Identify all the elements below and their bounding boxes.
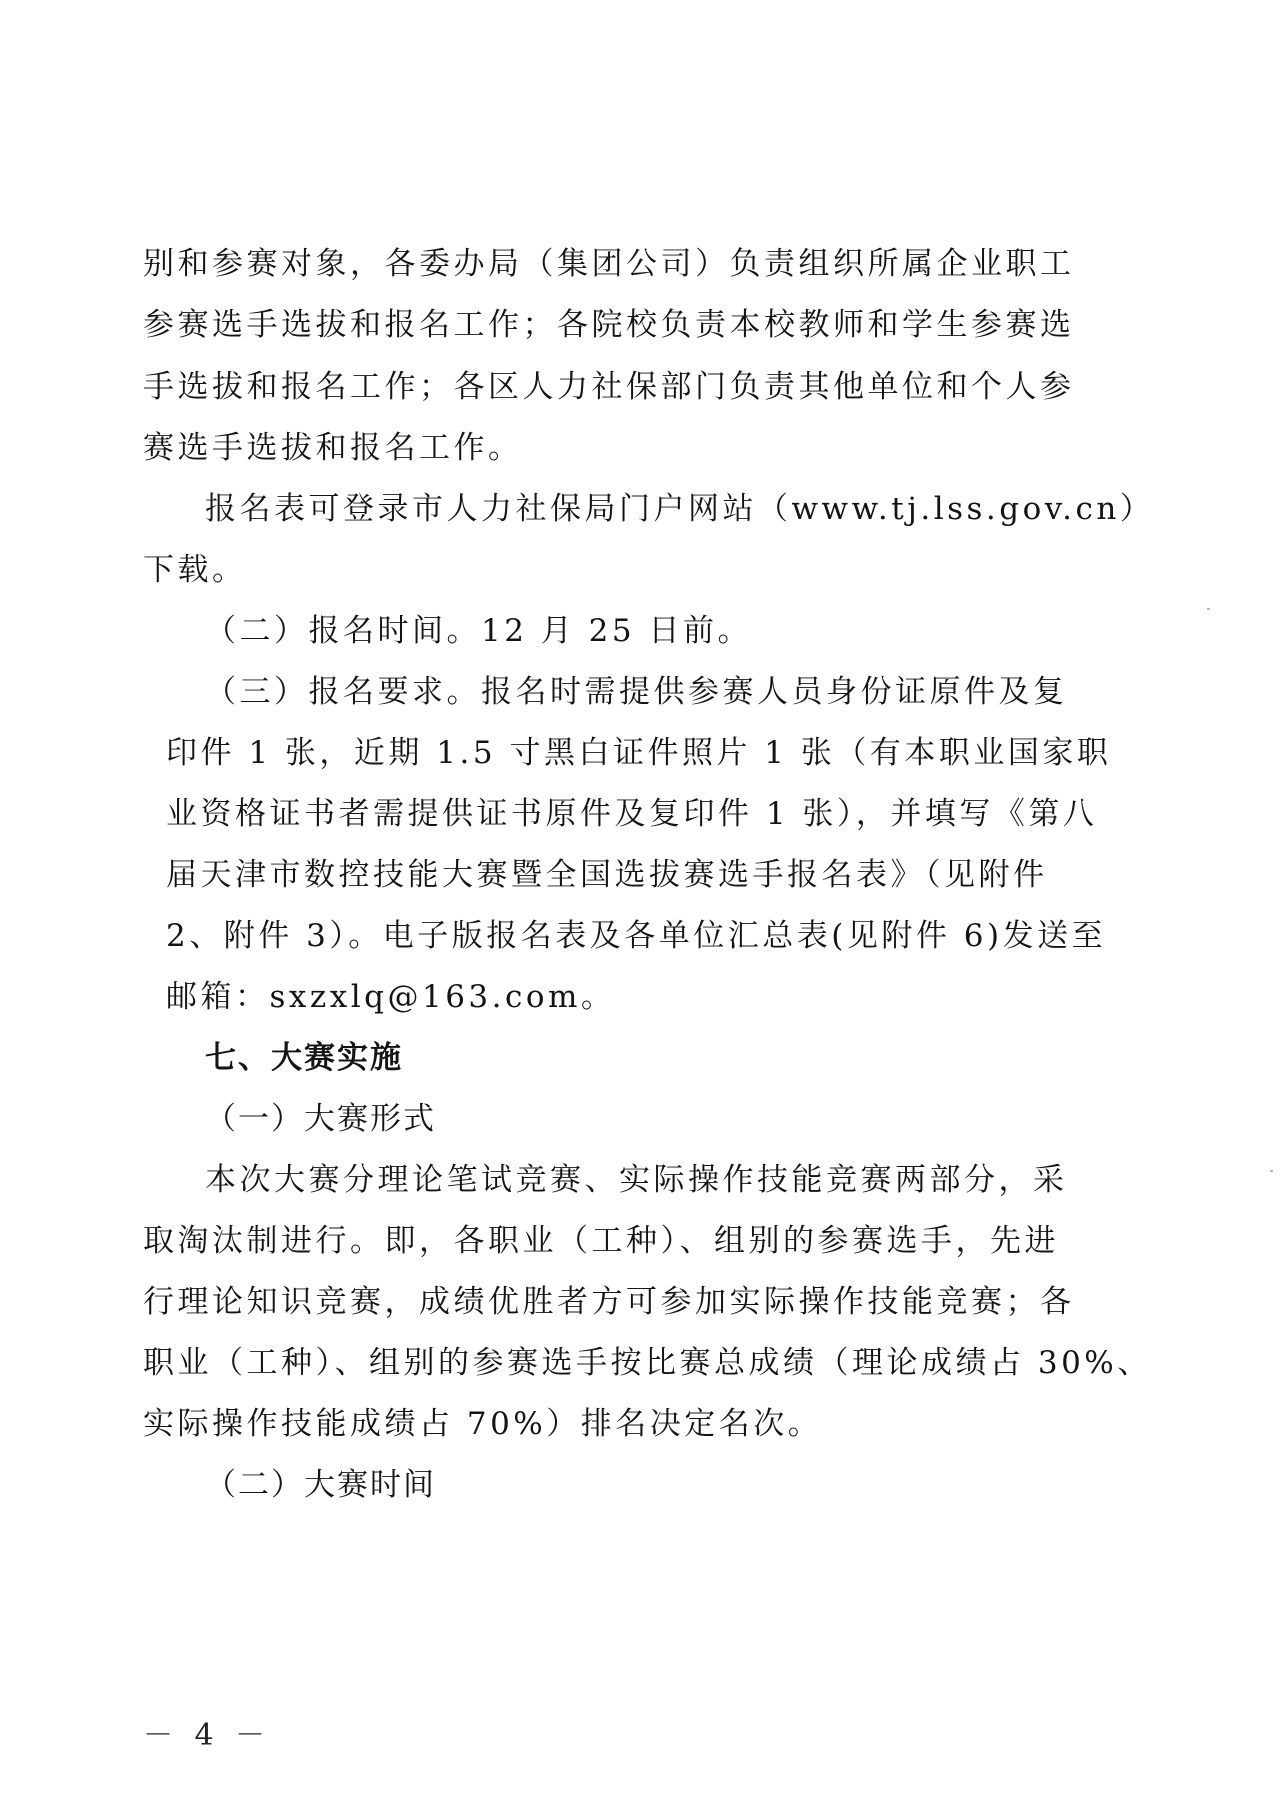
paragraph-line: 下载。 xyxy=(143,550,247,590)
paragraph-line: 业资格证书者需提供证书原件及复印件 1 张），并填写《第八 xyxy=(166,794,1097,834)
paragraph-line: 行理论知识竞赛，成绩优胜者方可参加实际操作技能竞赛；各 xyxy=(143,1282,1075,1322)
paragraph-line: 赛选手选拔和报名工作。 xyxy=(143,428,523,468)
registration-time-line: （二）报名时间。12 月 25 日前。 xyxy=(205,611,752,651)
paragraph-line: 手选拔和报名工作；各区人力社保部门负责其他单位和个人参 xyxy=(143,367,1075,407)
scan-artifact xyxy=(1270,1170,1273,1172)
subsection-heading: （二）大赛时间 xyxy=(205,1465,436,1505)
paragraph-line-website: 报名表可登录市人力社保局门户网站（www.tj.lss.gov.cn） xyxy=(205,489,1154,529)
paragraph-line: 届天津市数控技能大赛暨全国选拔赛选手报名表》（见附件 xyxy=(166,855,1048,895)
paragraph-line: 取淘汰制进行。即，各职业（工种）、组别的参赛选手，先进 xyxy=(143,1221,1059,1261)
section-heading: 七、大赛实施 xyxy=(205,1038,403,1078)
page-number: － 4 － xyxy=(143,1718,271,1754)
paragraph-line: 2、附件 3）。电子版报名表及各单位汇总表(见附件 6)发送至 xyxy=(166,916,1106,956)
paragraph-line: 参赛选手选拔和报名工作；各院校负责本校教师和学生参赛选 xyxy=(143,305,1075,345)
registration-requirements-line: （三）报名要求。报名时需提供参赛人员身份证原件及复 xyxy=(205,672,1068,712)
paragraph-line: 本次大赛分理论笔试竞赛、实际操作技能竞赛两部分，采 xyxy=(205,1160,1068,1200)
paragraph-line: 印件 1 张，近期 1.5 寸黑白证件照片 1 张（有本职业国家职 xyxy=(166,733,1111,773)
scan-artifact xyxy=(1207,608,1210,610)
subsection-heading: （一）大赛形式 xyxy=(205,1099,436,1139)
document-page: 别和参赛对象，各委办局（集团公司）负责组织所属企业职工 参赛选手选拔和报名工作；… xyxy=(0,0,1280,1809)
paragraph-line-email: 邮箱：sxzxlq@163.com。 xyxy=(166,977,615,1017)
paragraph-line: 实际操作技能成绩占 70%）排名决定名次。 xyxy=(143,1404,822,1444)
paragraph-line: 别和参赛对象，各委办局（集团公司）负责组织所属企业职工 xyxy=(143,244,1075,284)
paragraph-line: 职业（工种）、组别的参赛选手按比赛总成绩（理论成绩占 30%、 xyxy=(143,1343,1152,1383)
